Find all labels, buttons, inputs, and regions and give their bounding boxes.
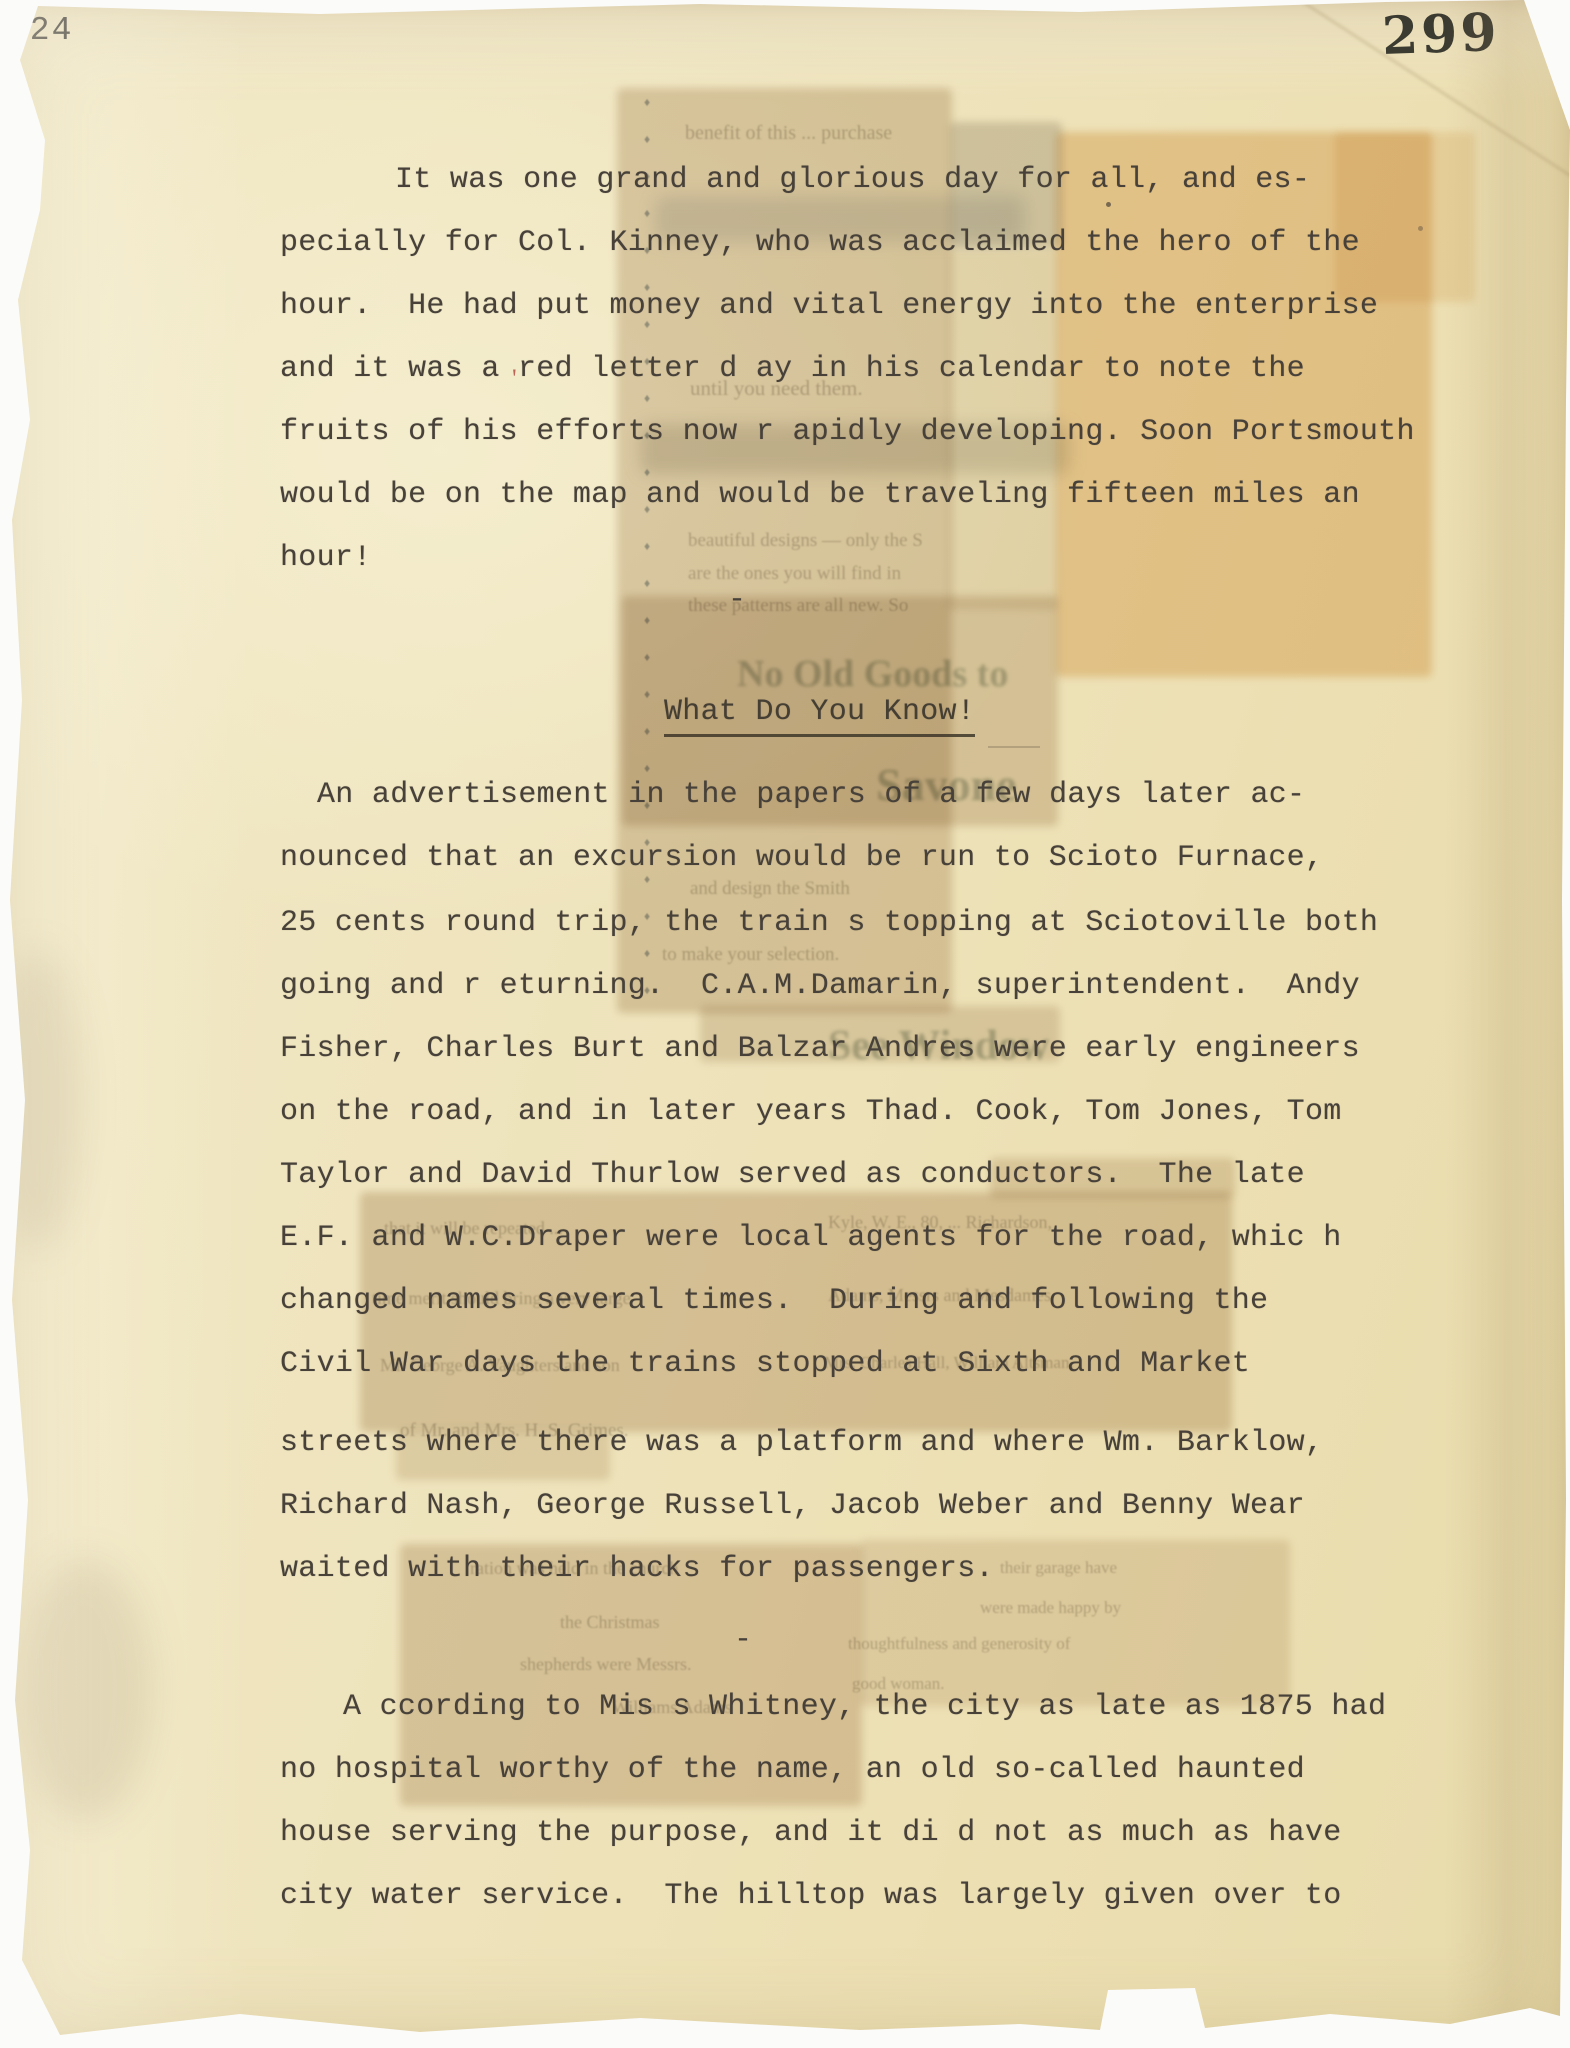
diamond-ornament-icon: ♦ [644,947,650,959]
ghost-newsprint-fragment: were made happy by [980,1598,1121,1618]
typed-page-number: 224 [8,12,73,49]
edge-shadow [0,950,80,1250]
typed-line: A ccording to Mis s Whitney, the city as… [343,1692,1386,1722]
ghost-newsprint-fragment: beautiful designs — only the S [688,530,923,552]
diamond-ornament-icon: ♦ [644,392,650,404]
typed-line: It was one grand and glorious day for al… [395,165,1310,195]
typed-line: Civil War days the trains stopped at Six… [280,1349,1250,1379]
typed-line: E.F. and W.C.Draper were local agents fo… [280,1223,1342,1253]
diamond-ornament-icon: ♦ [644,466,650,478]
heading-underline-extension [988,746,1040,748]
typed-line: Taylor and David Thurlow served as condu… [280,1160,1305,1190]
typed-line: on the road, and in later years Thad. Co… [280,1097,1342,1127]
paragraph-separator-dash: - [734,1623,752,1657]
paper-sheet: ♦♦♦♦♦♦♦♦♦♦♦♦♦♦♦♦♦♦♦♦♦♦♦♦♦ No Old Goods t… [0,0,1570,2048]
ghost-newsprint-fragment: and design the Smith [690,878,850,900]
ghost-newsprint-fragment: shepherds were Messrs. [520,1654,691,1675]
ghost-newsprint-fragment: their garage have [1000,1558,1117,1578]
ghost-newsprint-fragment: are the ones you will find in [688,563,901,585]
paragraph-separator-dash: - [728,583,746,617]
typed-line: would be on the map and would be traveli… [280,480,1360,510]
ghost-newsprint-fragment: to make your selection. [662,944,839,966]
red-pencil-mark: ' [512,364,517,394]
clipping-stain-orange-top [1335,132,1475,302]
typed-line: fruits of his efforts now r apidly devel… [280,417,1415,447]
ghost-newsprint-fragment: the Christmas [560,1612,660,1633]
diamond-ornament-icon: ♦ [644,207,650,219]
typed-line: waited with their hacks for passengers. [280,1554,994,1584]
typed-line: hour. He had put money and vital energy … [280,291,1378,321]
diamond-ornament-icon: ♦ [644,133,650,145]
edge-shadow [20,1560,150,1820]
ghost-newsprint-fragment: these patterns are all new. So [688,595,908,617]
typed-line: Fisher, Charles Burt and Balzar Andres w… [280,1034,1360,1064]
ghost-newsprint-fragment: thoughtfulness and generosity of [848,1634,1070,1654]
diamond-ornament-icon: ♦ [644,96,650,108]
scanned-document-page: ♦♦♦♦♦♦♦♦♦♦♦♦♦♦♦♦♦♦♦♦♦♦♦♦♦ No Old Goods t… [0,0,1570,2048]
typed-line: changed names several times. During and … [280,1286,1268,1316]
ink-speck [1418,226,1423,231]
typed-line: pecially for Col. Kinney, who was acclai… [280,228,1360,258]
typed-line: and it was a red letter d ay in his cale… [280,354,1305,384]
diamond-ornament-icon: ♦ [644,614,650,626]
typed-line: city water service. The hilltop was larg… [280,1881,1342,1911]
ghost-newsprint-fragment: benefit of this ... purchase [685,122,892,145]
diamond-ornament-icon: ♦ [644,540,650,552]
diamond-ornament-icon: ♦ [644,577,650,589]
ghost-newsprint-headline: No Old Goods to [737,652,1008,696]
diamond-ornament-icon: ♦ [644,762,650,774]
typed-line: 25 cents round trip, the train s topping… [280,908,1378,938]
handwritten-page-number: 299 [1381,2,1501,67]
typed-line: An advertisement in the papers of a few … [317,780,1305,810]
diamond-ornament-icon: ♦ [644,725,650,737]
ink-speck [1106,202,1111,207]
typed-line: Richard Nash, George Russell, Jacob Webe… [280,1491,1305,1521]
typed-line: house serving the purpose, and it di d n… [280,1818,1342,1848]
typed-line: nounced that an excursion would be run t… [280,843,1323,873]
typed-line: going and r eturning. C.A.M.Damarin, sup… [280,971,1360,1001]
typed-line: streets where there was a platform and w… [280,1428,1323,1458]
diamond-ornament-icon: ♦ [644,651,650,663]
diamond-ornament-icon: ♦ [644,688,650,700]
typed-line: no hospital worthy of the name, an old s… [280,1755,1305,1785]
section-heading: What Do You Know! [664,697,975,737]
typed-line: hour! [280,543,372,573]
